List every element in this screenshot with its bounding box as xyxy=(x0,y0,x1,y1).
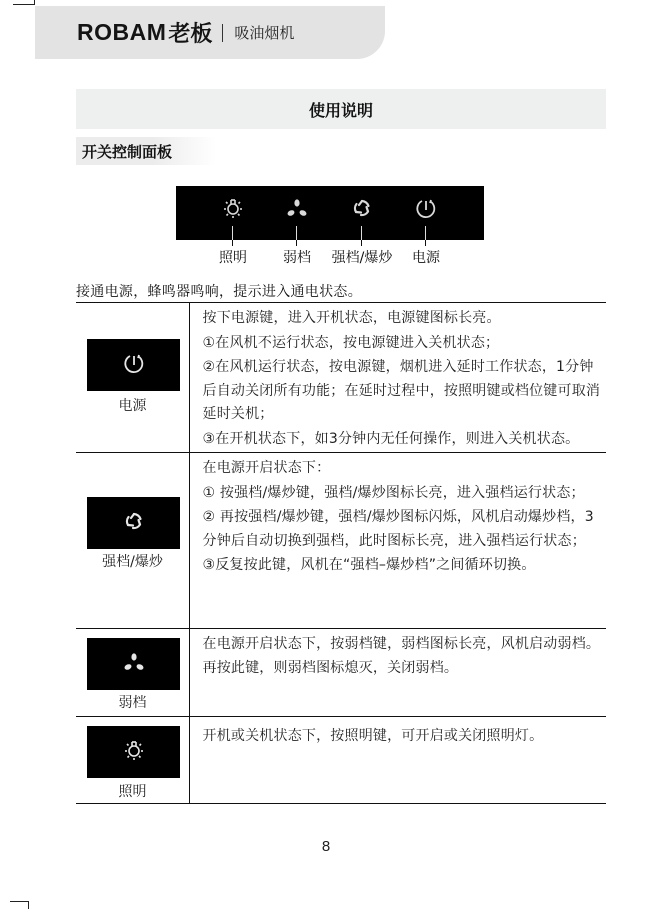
brand-logo: ROBAM xyxy=(77,19,166,46)
product-name: 吸油烟机 xyxy=(234,22,294,43)
description-line: 按下电源键，进入开机状态，电源键图标长亮。 xyxy=(203,307,607,331)
description-line: 开机或关机状态下，按照明键，可开启或关闭照明灯。 xyxy=(203,725,607,749)
leader-line xyxy=(296,240,297,246)
brand-logo-cn: 老板 xyxy=(168,17,212,48)
brand-separator xyxy=(222,24,223,42)
description-cell: 在电源开启状态下，按弱档键，弱档图标长亮，风机启动弱档。再按此键，则弱档图标熄灭… xyxy=(189,629,606,717)
leader-line xyxy=(425,240,426,246)
description-cell: 开机或关机状态下，按照明键，可开启或关闭照明灯。 xyxy=(189,717,606,804)
brand-header: ROBAM 老板 吸油烟机 xyxy=(35,6,385,59)
fan-high-icon xyxy=(350,196,374,220)
icon-label: 电源 xyxy=(76,395,189,415)
fan-high-icon xyxy=(123,510,145,536)
function-table: 电源 按下电源键，进入开机状态，电源键图标长亮。 ①在风机不运行状态，按电源键进… xyxy=(76,302,606,804)
icon-label: 照明 xyxy=(76,781,189,801)
panel-label-light: 照明 xyxy=(219,247,247,267)
icon-label: 强档/爆炒 xyxy=(76,551,189,571)
section-title: 使用说明 xyxy=(309,98,373,121)
icon-cell: 照明 xyxy=(76,717,189,804)
description-cell: 按下电源键，进入开机状态，电源键图标长亮。 ①在风机不运行状态，按电源键进入关机… xyxy=(189,303,606,453)
section-title-bar: 使用说明 xyxy=(76,89,606,129)
high-key-image xyxy=(87,497,180,549)
crop-mark-top xyxy=(13,0,35,5)
description-line: ②在风机运行状态，按电源键，烟机进入延时工作状态，1分钟后自动关闭所有功能；在延… xyxy=(203,356,607,427)
page-number: 8 xyxy=(0,838,652,855)
sub-heading-text: 开关控制面板 xyxy=(82,141,172,162)
leader-line xyxy=(232,226,233,240)
panel-label-high: 强档/爆炒 xyxy=(332,247,393,267)
leader-line xyxy=(425,226,426,240)
fan-low-icon xyxy=(123,651,145,677)
intro-text: 接通电源，蜂鸣器鸣响，提示进入通电状态。 xyxy=(76,281,362,301)
sub-heading: 开关控制面板 xyxy=(76,137,216,165)
power-key-image xyxy=(87,339,180,391)
light-key-image xyxy=(87,726,180,778)
icon-cell: 弱档 xyxy=(76,629,189,717)
light-icon xyxy=(123,739,145,765)
low-key-image xyxy=(87,638,180,690)
crop-mark-bottom xyxy=(10,901,29,909)
description-line: ③反复按此键，风机在“强档–爆炒档”之间循环切换。 xyxy=(203,554,607,578)
description-line: 在电源开启状态下： xyxy=(203,457,607,481)
leader-line xyxy=(361,240,362,246)
description-cell: 在电源开启状态下： ① 按强档/爆炒键，强档/爆炒图标长亮，进入强档运行状态； … xyxy=(189,453,606,629)
power-icon xyxy=(414,196,438,220)
description-line: ③在开机状态下，如3分钟内无任何操作，则进入关机状态。 xyxy=(203,428,607,452)
fan-low-icon xyxy=(285,196,309,220)
description-line: ② 再按强档/爆炒键，强档/爆炒图标闪烁，风机启动爆炒档，3分钟后自动切换到强档… xyxy=(203,506,607,553)
leader-line xyxy=(232,240,233,246)
table-row: 电源 按下电源键，进入开机状态，电源键图标长亮。 ①在风机不运行状态，按电源键进… xyxy=(76,303,606,453)
leader-line xyxy=(361,226,362,240)
table-row: 强档/爆炒 在电源开启状态下： ① 按强档/爆炒键，强档/爆炒图标长亮，进入强档… xyxy=(76,453,606,629)
description-line: ①在风机不运行状态，按电源键进入关机状态； xyxy=(203,332,607,356)
panel-label-power: 电源 xyxy=(412,247,440,267)
control-panel-diagram xyxy=(176,186,484,240)
icon-label: 弱档 xyxy=(76,692,189,712)
icon-cell: 强档/爆炒 xyxy=(76,453,189,629)
panel-label-low: 弱档 xyxy=(283,247,311,267)
leader-line xyxy=(296,226,297,240)
description-line: ① 按强档/爆炒键，强档/爆炒图标长亮，进入强档运行状态； xyxy=(203,482,607,506)
description-line: 在电源开启状态下，按弱档键，弱档图标长亮，风机启动弱档。再按此键，则弱档图标熄灭… xyxy=(203,633,607,680)
light-icon xyxy=(221,196,245,220)
power-icon xyxy=(123,352,145,378)
icon-cell: 电源 xyxy=(76,303,189,453)
table-row: 照明 开机或关机状态下，按照明键，可开启或关闭照明灯。 xyxy=(76,717,606,804)
table-row: 弱档 在电源开启状态下，按弱档键，弱档图标长亮，风机启动弱档。再按此键，则弱档图… xyxy=(76,629,606,717)
